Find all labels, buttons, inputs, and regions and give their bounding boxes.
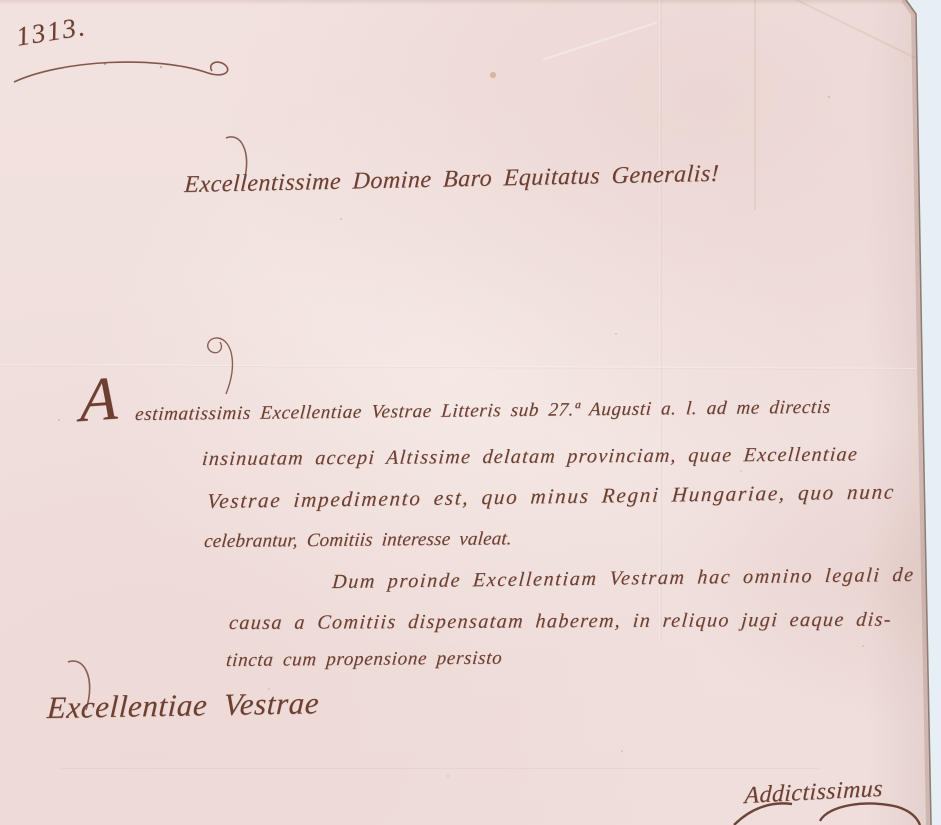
scanned-letter: { "document": { "archival_number": "1313… bbox=[0, 0, 941, 825]
paper-edge-line bbox=[0, 0, 941, 825]
